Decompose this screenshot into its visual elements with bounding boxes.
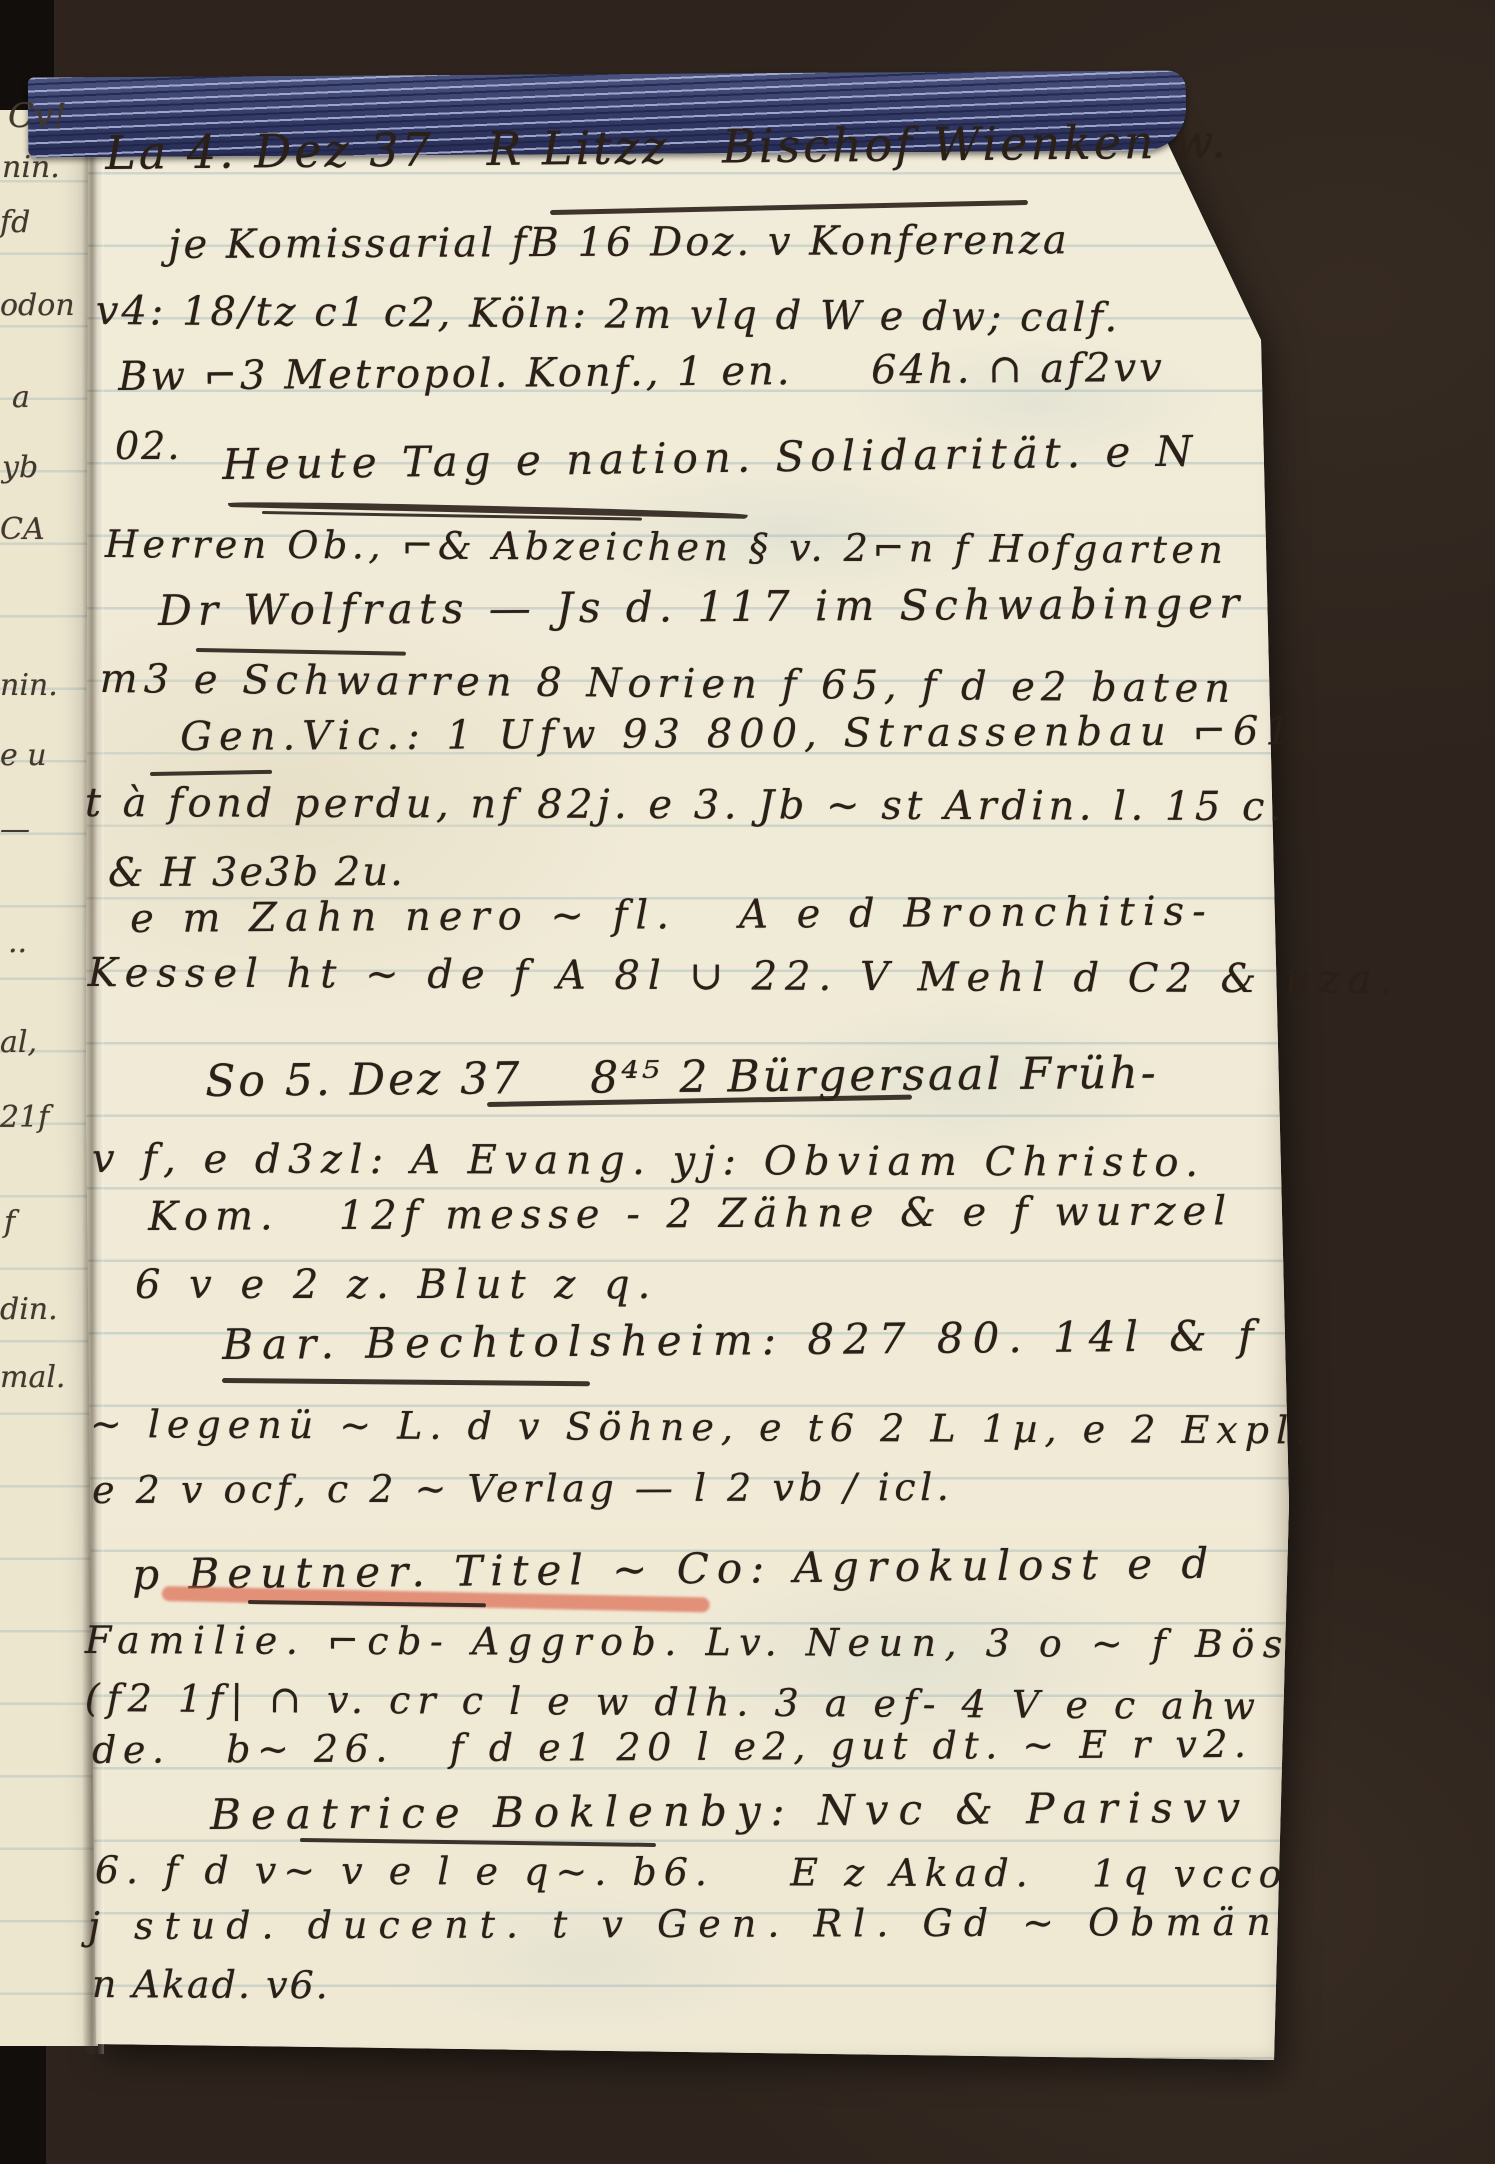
diary-line: n Akad. v6. xyxy=(92,1962,330,2007)
diary-line: de. b~ 26. f d e1 20 l e2, gut dt. ~ E r… xyxy=(92,1722,1253,1772)
diary-line: & H 3e3b 2u. xyxy=(108,849,405,896)
diary-line: ~ legenü ~ L. d v Söhne, e t6 2 L 1µ, e … xyxy=(90,1402,1315,1452)
diary-line: v f, e d3zl: A Evang. yj: Obviam Christo… xyxy=(92,1136,1206,1186)
diary-line-wolfrats: Dr Wolfrats — Js d. 117 im Schwabinger xyxy=(158,578,1245,635)
diary-line: Kom. 12f messe - 2 Zähne & e f wurzel xyxy=(148,1188,1233,1240)
margin-fragment: CA xyxy=(0,512,45,547)
diary-line: 6 v e 2 z. Blut z q. xyxy=(135,1262,658,1308)
diary-line: Familie. ⌐cb- Aggrob. Lv. Neun, 3 o ~ f … xyxy=(85,1618,1312,1666)
margin-fragment: din. xyxy=(0,1292,58,1327)
diary-line-kessel: Kessel ht ~ de f A 8l ∪ 22. V Mehl d C2 … xyxy=(88,950,1401,1003)
margin-fragment: a xyxy=(12,380,30,415)
diary-line-a-fond-perdu: t à fond perdu, nf 82j. e 3. Jb ~ st Ard… xyxy=(85,780,1286,830)
diary-line-gen-vic: Gen.Vic.: 1 Ufw 93 800, Strassenbau ⌐61 xyxy=(180,708,1298,760)
margin-fragment: nin. xyxy=(2,150,60,185)
diary-line: Herren Ob., ⌐& Abzeichen § v. 2⌐n f Hofg… xyxy=(105,522,1228,572)
margin-fragment: yb xyxy=(2,450,38,485)
diary-line: e 2 v ocf, c 2 ~ Verlag — l 2 vb / icl. xyxy=(92,1465,953,1512)
margin-fragment: nin. xyxy=(0,668,58,703)
margin-fragment: f xyxy=(4,1205,15,1240)
margin-fragment: mal. xyxy=(0,1360,65,1395)
margin-fragment: Cv! xyxy=(8,96,67,136)
margin-fragment: odon xyxy=(0,288,75,323)
margin-fragment: .. xyxy=(8,925,27,960)
diary-line: (f2 1f| ∩ v. cr c l e w dlh. 3 a ef- 4 V… xyxy=(85,1676,1262,1728)
diary-line: j stud. ducent. t v Gen. Rl. Gd ~ Obmän xyxy=(88,1900,1282,1948)
margin-fragment: e u xyxy=(0,738,47,773)
margin-fragment: 21f xyxy=(0,1100,49,1135)
diary-line-beatrice: Beatrice Boklenby: Nvc & Parisvv xyxy=(210,1783,1250,1839)
diary-line: e m Zahn nero ~ fl. A e d Bronchitis- xyxy=(130,888,1214,942)
scanned-notebook-photo: Cv! nin. fd odon a yb CA nin. e u — .. a… xyxy=(0,0,1495,2164)
diary-line-bechtolsheim: Bar. Bechtolsheim: 827 80. 14l & f xyxy=(222,1311,1263,1369)
diary-line: 6. f d v~ v e l e q~. b6. E z Akad. 1q v… xyxy=(95,1848,1289,1896)
diary-line: v4: 18/tz c1 c2, Köln: 2m vlq d W e dw; … xyxy=(96,288,1121,341)
diary-line: 02. xyxy=(115,424,181,468)
margin-fragment: al, xyxy=(0,1025,37,1060)
margin-fragment: — xyxy=(0,812,30,847)
diary-line: je Komissarial fB 16 Doz. v Konferenza xyxy=(168,217,1070,268)
diary-line: Bw ⌐3 Metropol. Konf., 1 en. 64h. ∩ af2v… xyxy=(118,345,1165,400)
margin-fragment: fd xyxy=(0,205,30,240)
